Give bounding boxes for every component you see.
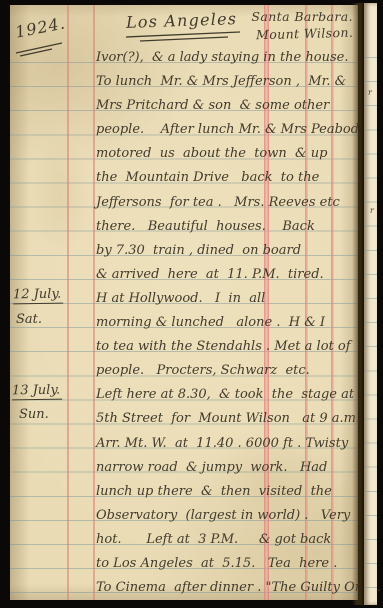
- subheading-line: Santa Barbara.: [251, 9, 353, 24]
- margin-date-text: 12 July.: [13, 287, 63, 305]
- journal-line: Observatory (largest in world) . Very: [96, 504, 362, 528]
- journal-line: Ivor(?), & a lady staying in the house.: [96, 46, 362, 70]
- red-margin-line: [93, 5, 95, 600]
- journal-line: people. After lunch Mr. & Mrs Peabody: [96, 118, 362, 142]
- journal-line: the Mountain Drive back to the: [96, 166, 362, 190]
- red-margin-line: [67, 5, 69, 600]
- journal-line: there. Beautiful houses. Back: [96, 215, 362, 239]
- journal-line: motored us about the town & up: [96, 142, 362, 166]
- heading-underline: [124, 28, 246, 44]
- margin-date-text: 13 July.: [12, 383, 62, 401]
- journal-line: lunch up there & then visited the: [96, 480, 362, 504]
- journal-line: to Los Angeles at 5.15. Tea here .: [96, 552, 362, 576]
- ink-bleed-mark: r: [370, 206, 374, 215]
- journal-photo: 1924. Los Angeles Santa Barbara. Mount W…: [0, 0, 383, 608]
- journal-line: Left here at 8.30, & took the stage at: [96, 383, 362, 407]
- margin-date: 13 July.: [12, 383, 62, 400]
- journal-line: narrow road & jumpy work. Had: [96, 456, 362, 480]
- journal-line: 5th Street for Mount Wilson at 9 a.m.: [96, 407, 362, 431]
- journal-line: morning & lunched alone . H & I: [96, 311, 362, 335]
- journal-line: To Cinema after dinner . "The Guilty One…: [96, 576, 362, 600]
- journal-line: by 7.30 train , dined on board: [96, 239, 362, 263]
- journal-line: & arrived here at 11. P.M. tired.: [96, 263, 362, 287]
- margin-date: 12 July.: [13, 287, 63, 304]
- page-gutter-shadow: [352, 3, 364, 605]
- year-underline-flourish: [10, 38, 72, 58]
- journal-page: 1924. Los Angeles Santa Barbara. Mount W…: [10, 5, 358, 600]
- journal-line: Mrs Pritchard & son & some other: [96, 94, 362, 118]
- journal-line: to tea with the Stendahls . Met a lot of: [96, 335, 362, 359]
- margin-day: Sat.: [16, 312, 42, 327]
- journal-line: Jeffersons for tea . Mrs. Reeves etc: [96, 191, 362, 215]
- subheading-line: Mount Wilson.: [256, 25, 354, 43]
- journal-line: people. Procters, Schwarz etc.: [96, 359, 362, 383]
- margin-day: Sun.: [19, 407, 49, 422]
- journal-line: To lunch Mr. & Mrs Jefferson , Mr. &: [96, 70, 362, 94]
- ink-bleed-mark: r: [368, 88, 372, 97]
- ruled-lines: [364, 57, 377, 594]
- journal-line: hot. Left at 3 P.M. & got back: [96, 528, 362, 552]
- journal-line: H at Hollywood. I in all: [96, 287, 362, 311]
- journal-line: Arr. Mt. W. at 11.40 . 6000 ft . Twisty: [96, 432, 362, 456]
- journal-body: Ivor(?), & a lady staying in the house. …: [96, 46, 362, 600]
